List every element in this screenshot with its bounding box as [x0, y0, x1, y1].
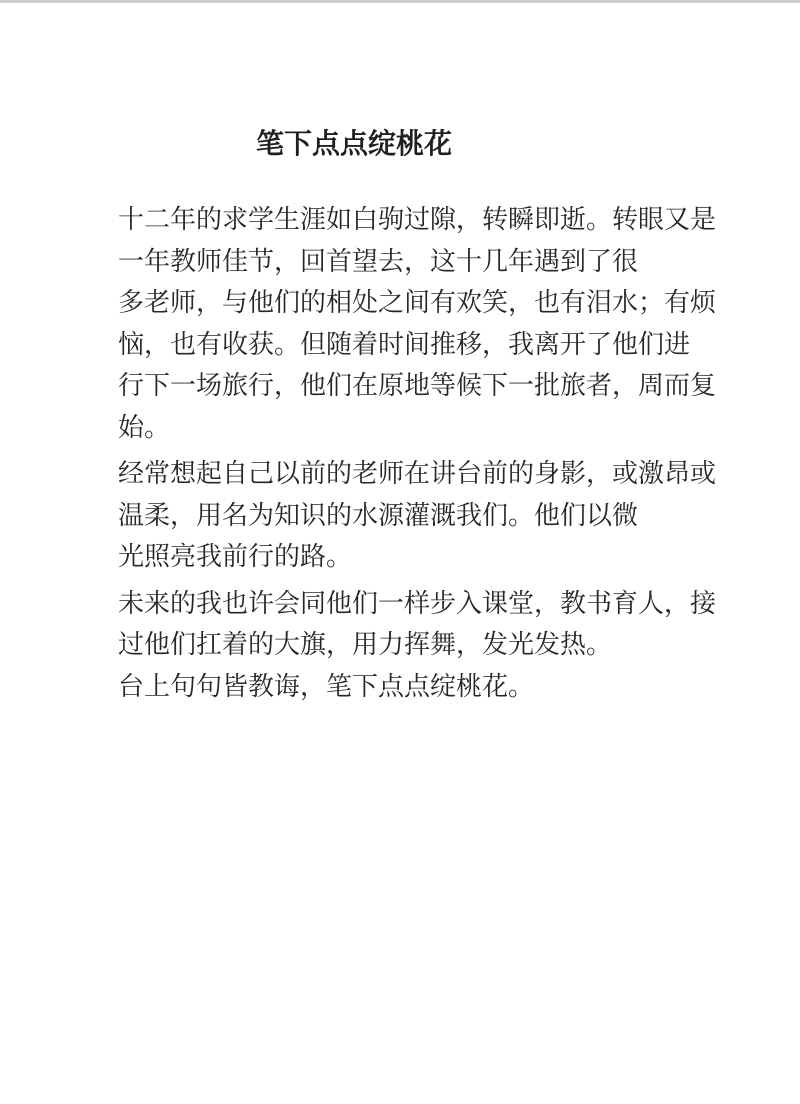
text-line: 始。: [118, 407, 738, 449]
document-body: 十二年的求学生涯如白驹过隙，转瞬即逝。转眼又是一年教师佳节，回首望去，这十几年遇…: [118, 199, 738, 707]
text-line: 一年教师佳节，回首望去，这十几年遇到了很: [118, 241, 738, 283]
text-line: 光照亮我前行的路。: [118, 536, 738, 578]
text-line: 行下一场旅行，他们在原地等候下一批旅者，周而复: [118, 365, 738, 407]
text-line: 恼，也有收获。但随着时间推移，我离开了他们进: [118, 324, 738, 366]
text-line: 未来的我也许会同他们一样步入课堂，教书育人，接: [118, 583, 738, 625]
paragraph: 十二年的求学生涯如白驹过隙，转瞬即逝。转眼又是一年教师佳节，回首望去，这十几年遇…: [118, 199, 738, 448]
text-line: 多老师，与他们的相处之间有欢笑，也有泪水；有烦: [118, 282, 738, 324]
page-top-edge: [0, 0, 800, 3]
document-page: 笔下点点绽桃花 十二年的求学生涯如白驹过隙，转瞬即逝。转眼又是一年教师佳节，回首…: [0, 0, 800, 1104]
paragraph: 经常想起自己以前的老师在讲台前的身影，或激昂或温柔，用名为知识的水源灌溉我们。他…: [118, 453, 738, 578]
text-line: 过他们扛着的大旗，用力挥舞，发光发热。: [118, 624, 738, 666]
document-title: 笔下点点绽桃花: [118, 128, 590, 162]
text-line: 温柔，用名为知识的水源灌溉我们。他们以微: [118, 495, 738, 537]
paragraph: 未来的我也许会同他们一样步入课堂，教书育人，接过他们扛着的大旗，用力挥舞，发光发…: [118, 583, 738, 708]
text-line: 经常想起自己以前的老师在讲台前的身影，或激昂或: [118, 453, 738, 495]
text-line: 台上句句皆教诲，笔下点点绽桃花。: [118, 666, 738, 708]
text-line: 十二年的求学生涯如白驹过隙，转瞬即逝。转眼又是: [118, 199, 738, 241]
